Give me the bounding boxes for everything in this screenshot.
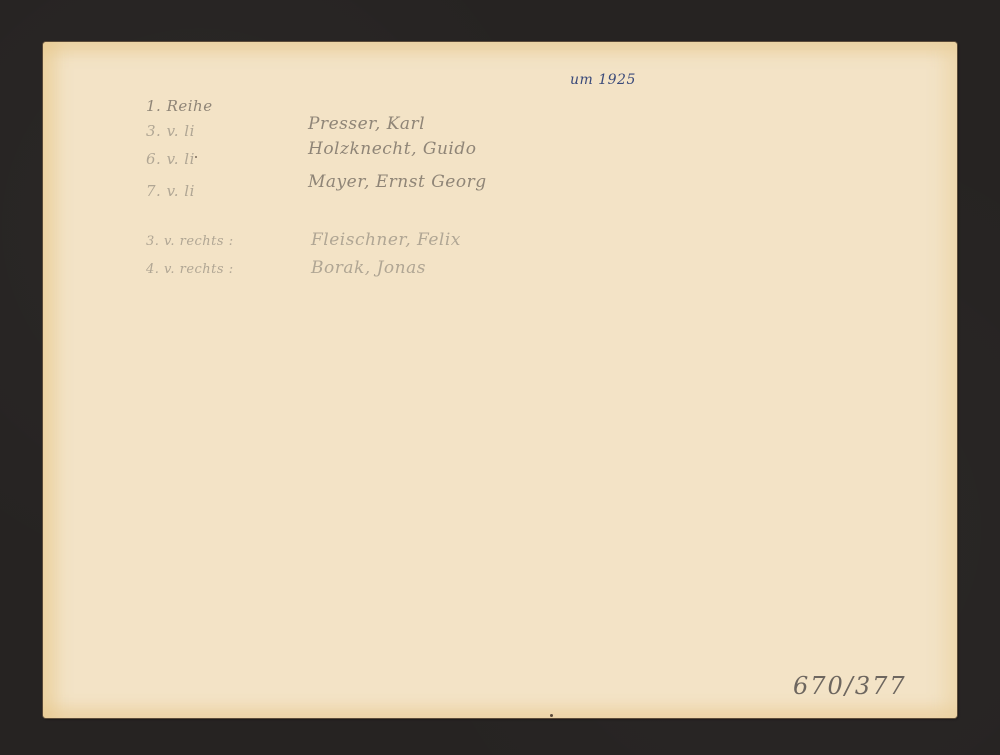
person-name: Holzknecht, Guido	[308, 139, 476, 159]
position-label: 3. v. rechts :	[146, 234, 234, 249]
position-label: 6. v. li	[146, 150, 195, 168]
archive-number: 670/377	[793, 672, 907, 700]
position-label: 4. v. rechts :	[146, 262, 234, 277]
person-name: Presser, Karl	[308, 114, 425, 134]
paper-speck	[550, 714, 553, 717]
photo-card-back: um 1925 1. Reihe 3. v. li Presser, Karl …	[43, 42, 957, 718]
person-name: Borak, Jonas	[311, 258, 426, 278]
date-note: um 1925	[570, 72, 636, 88]
person-name: Mayer, Ernst Georg	[308, 172, 487, 192]
position-label: 7. v. li	[146, 182, 195, 200]
person-name: Fleischner, Felix	[311, 230, 461, 250]
row-header-label: 1. Reihe	[146, 97, 213, 115]
paper-speck	[195, 156, 197, 158]
position-label: 3. v. li	[146, 122, 195, 140]
